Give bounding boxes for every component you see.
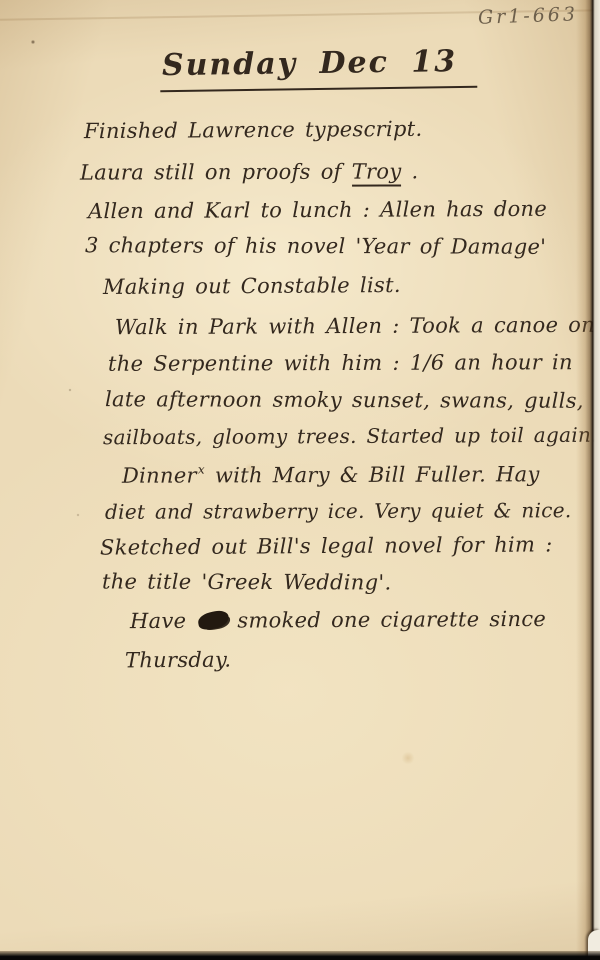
entry-line: sailboats, gloomy trees. Started up toil…: [103, 423, 598, 450]
entry-line: Allen and Karl to lunch : Allen has done: [88, 197, 547, 223]
entry-line: Laura still on proofs of Troy .: [80, 159, 419, 184]
line-text: diet and strawberry ice. Very quiet & ni…: [105, 498, 572, 524]
entry-line: diet and strawberry ice. Very quiet & ni…: [105, 498, 572, 524]
underlined-word: Troy: [352, 159, 402, 186]
line-text: the title 'Greek Wedding'.: [102, 569, 392, 594]
line-text: Thursday.: [125, 648, 231, 673]
entry-line: Thursday.: [125, 648, 231, 673]
line-text: Allen and Karl to lunch : Allen has done: [88, 197, 547, 223]
ink-blot-icon: [197, 609, 231, 631]
line-text: .: [401, 159, 418, 183]
manuscript-page: Gr1-663 Sunday Dec 13 Finished Lawrence …: [0, 0, 600, 960]
paper-deckle-edge: [576, 0, 600, 960]
line-text: Laura still on proofs of: [80, 160, 352, 185]
background-edge: [0, 951, 600, 960]
entry-line: Havesmoked one cigarette since: [130, 607, 546, 633]
entry-line: Walk in Park with Allen : Took a canoe o…: [115, 313, 595, 340]
entry-line: 3 chapters of his novel 'Year of Damage': [85, 233, 546, 259]
entry-line: the title 'Greek Wedding'.: [102, 569, 392, 594]
line-text: Walk in Park with Allen : Took a canoe o…: [115, 313, 595, 340]
line-text: Making out Constable list.: [103, 273, 401, 299]
line-text: sailboats, gloomy trees. Started up toil…: [103, 423, 598, 450]
entry-heading: Sunday Dec 13: [160, 44, 478, 92]
line-text: the Serpentine with him : 1/6 an hour in: [108, 350, 573, 376]
entry-line: Finished Lawrence typescript.: [84, 117, 423, 143]
line-text: with Mary & Bill Fuller. Hay: [205, 462, 540, 487]
entry-line: the Serpentine with him : 1/6 an hour in: [108, 350, 573, 376]
entry-line: late afternoon smoky sunset, swans, gull…: [105, 387, 584, 413]
line-text: Finished Lawrence typescript.: [84, 117, 423, 143]
entry-heading-text: Sunday Dec 13: [160, 44, 478, 92]
line-text: Dinner: [122, 463, 197, 487]
superscript-mark: x: [198, 462, 205, 476]
line-text: late afternoon smoky sunset, swans, gull…: [105, 387, 584, 413]
line-text: Sketched out Bill's legal novel for him …: [100, 532, 553, 559]
line-text: 3 chapters of his novel 'Year of Damage': [85, 233, 546, 259]
entry-line: Dinnerx with Mary & Bill Fuller. Hay: [122, 461, 540, 487]
entry-line: Making out Constable list.: [103, 273, 401, 299]
line-text: Have: [130, 609, 186, 633]
entry-line: Sketched out Bill's legal novel for him …: [100, 532, 553, 559]
archival-mark: Gr1-663: [478, 3, 579, 28]
line-text: smoked one cigarette since: [237, 607, 546, 633]
